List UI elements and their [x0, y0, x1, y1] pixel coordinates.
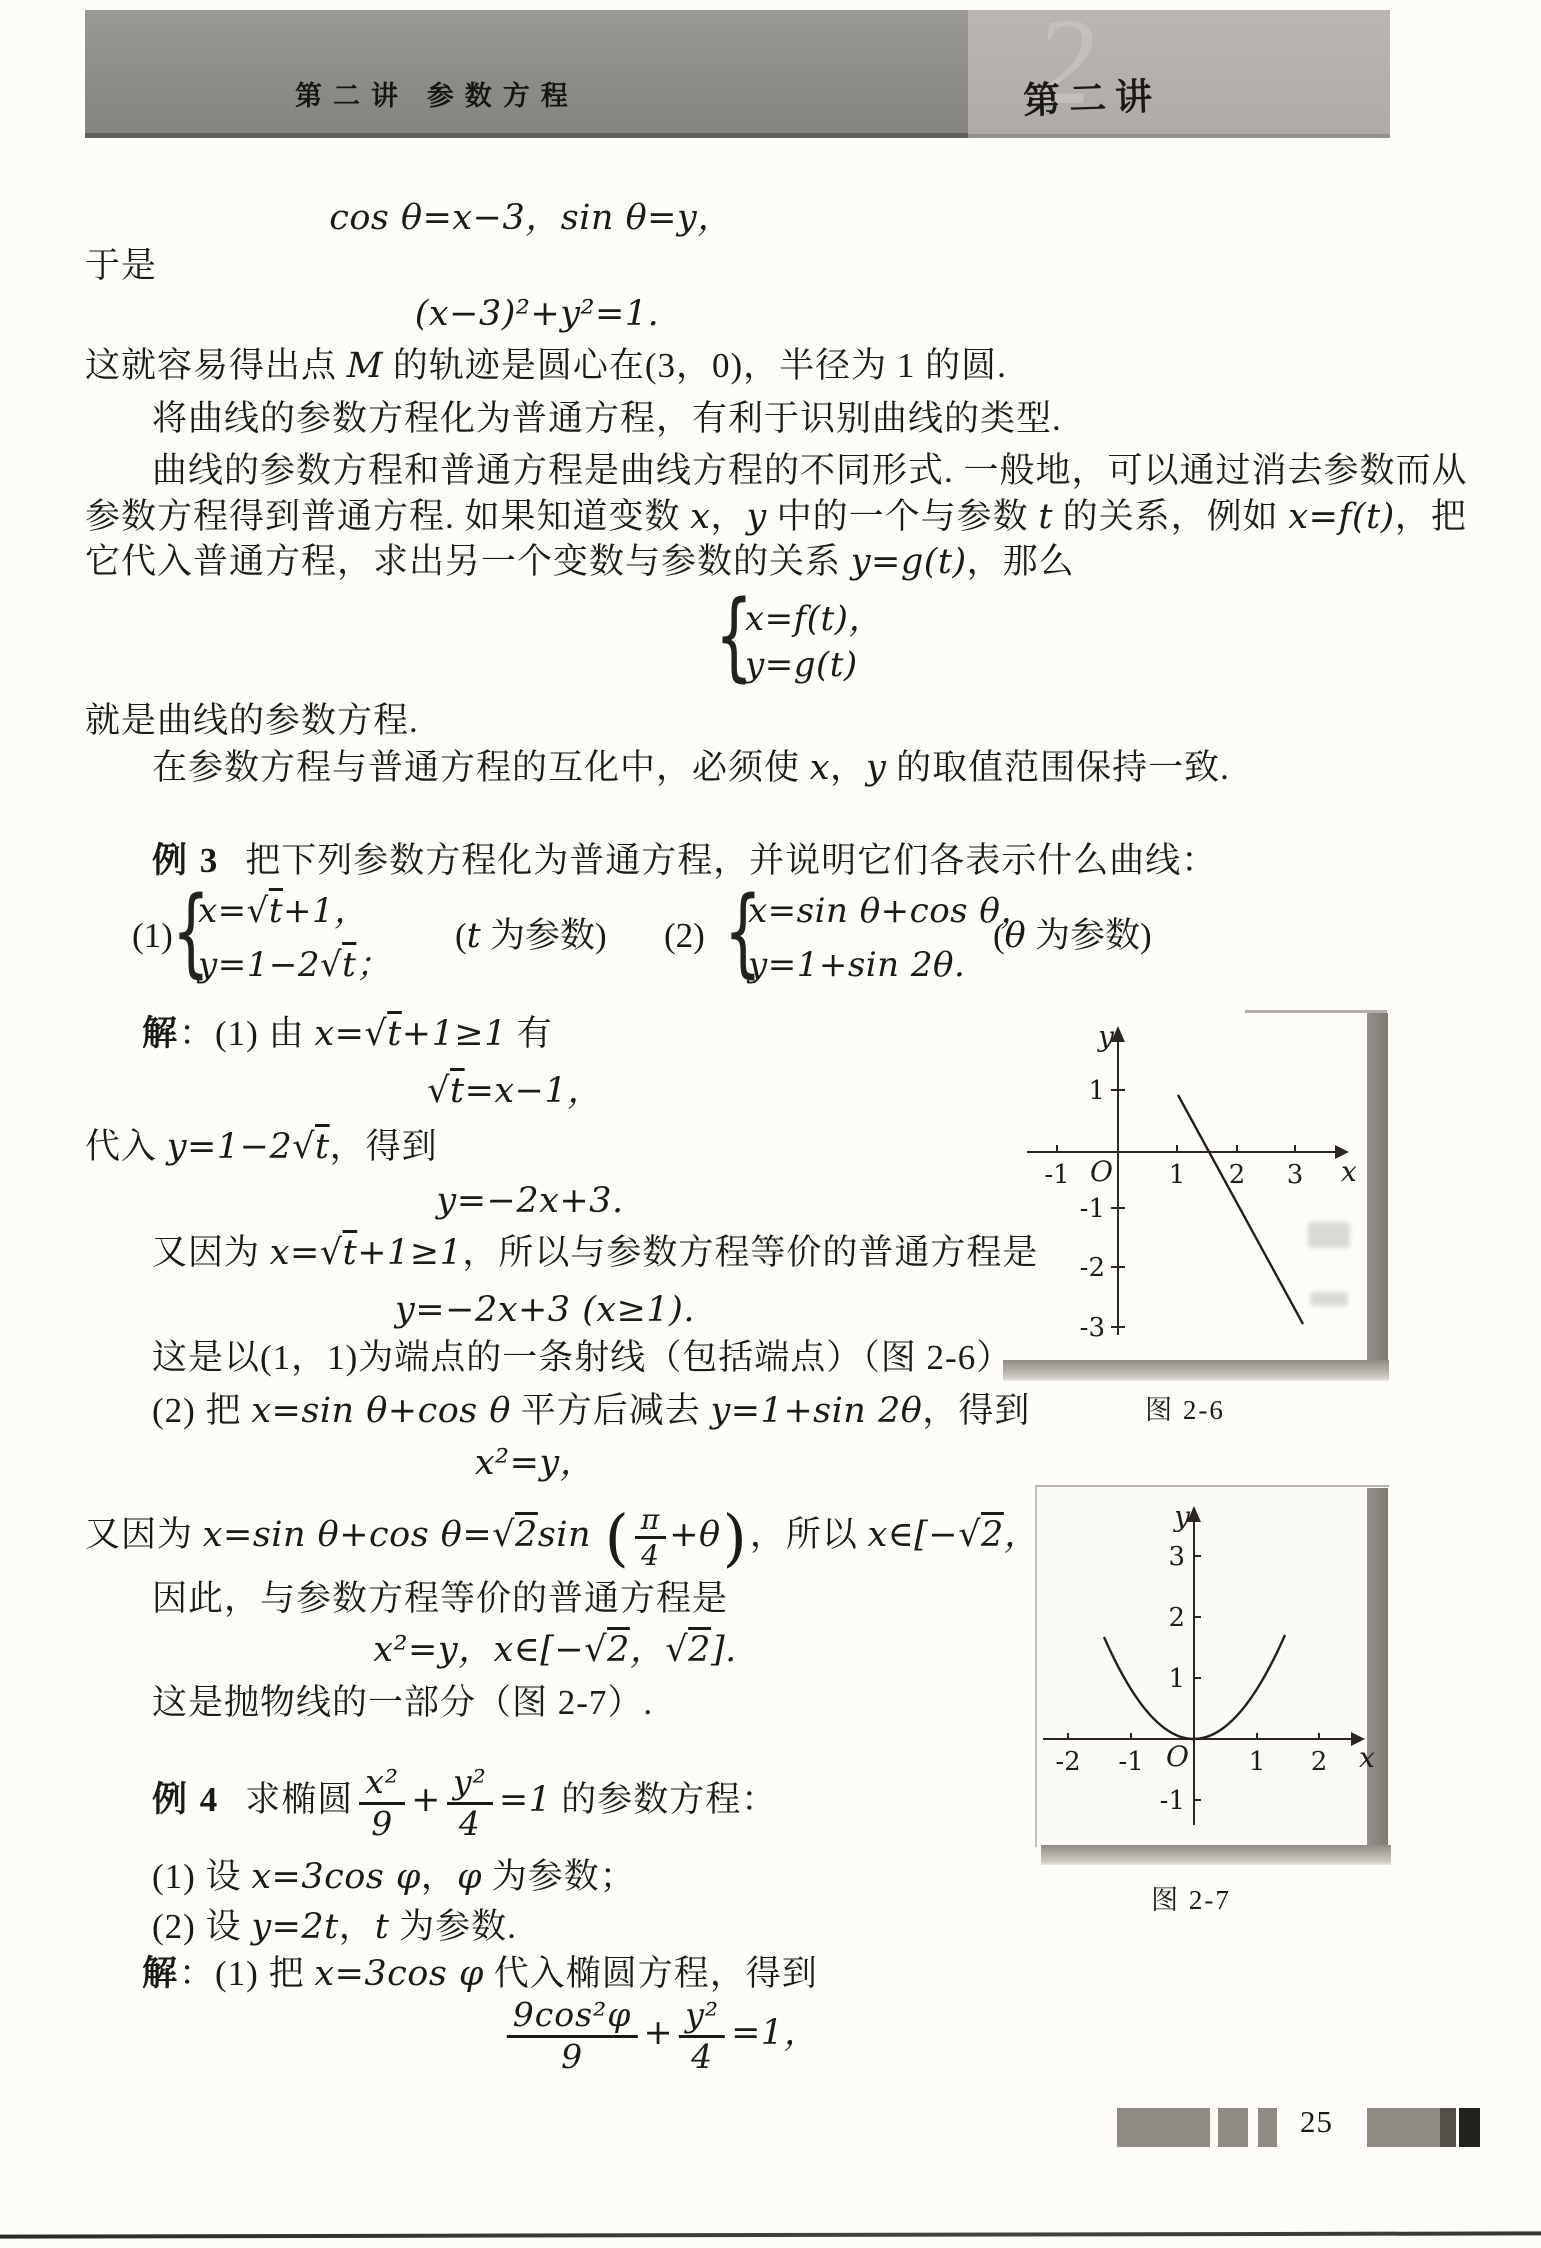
y-tick-label: -1 [1080, 1194, 1105, 1224]
para-forms-1: 曲线的参数方程和普通方程是曲线方程的不同形式. 一般地，可以通过消去参数而从 [152, 450, 1468, 492]
footer-deco-square-black [1459, 2108, 1480, 2147]
chapter-tab-calligraphy: 第二讲 [1022, 66, 1162, 125]
footer-deco-square-dark [1440, 2108, 1456, 2147]
footer-deco-square [1218, 2108, 1248, 2147]
example4-heading: 例 4求椭圆x²9+y²4=1 的参数方程： [152, 1765, 777, 1841]
x-tick-label: 1 [1169, 1160, 1186, 1190]
x-tick-label: 1 [1249, 1747, 1266, 1777]
x-tick-label: 2 [1311, 1747, 1328, 1777]
param1-note: (t 为参数) [455, 918, 607, 954]
y-tick-label: 1 [1168, 1664, 1185, 1694]
y-tick-label: 2 [1168, 1603, 1185, 1633]
item1-number: (1) [132, 918, 173, 953]
para-forms-2: 参数方程得到普通方程. 如果知道变数 x，y 中的一个与参数 t 的关系，例如 … [85, 496, 1467, 538]
system2-row2: y=1+sin 2θ. [748, 948, 965, 982]
example3-heading: 例 3把下列参数方程化为普通方程，并说明它们各表示什么曲线： [152, 840, 1217, 882]
y-tick-label: -2 [1080, 1253, 1105, 1283]
x-tick-label: -1 [1118, 1747, 1143, 1777]
para-yushi: 于是 [85, 245, 157, 287]
fraction-y2-4: y²4 [447, 1765, 493, 1841]
y-tick-label: -1 [1160, 1786, 1185, 1816]
card-right-shadow [1367, 1013, 1388, 1360]
solution4-line1: 解：(1) 把 x=3cos φ 代入椭圆方程，得到 [142, 1953, 818, 1995]
example4-label: 例 4 [152, 1780, 219, 1819]
para-because-1: 又因为 x=√t+1≥1，所以与参数方程等价的普通方程是 [152, 1232, 1038, 1274]
equation-ellipse-sub: 9cos²φ9+y²4=1， [501, 1998, 819, 2074]
example3-label: 例 3 [152, 841, 219, 880]
y-tick-label: 3 [1168, 1542, 1185, 1572]
para-substitute: 代入 y=1−2√t，得到 [85, 1126, 438, 1168]
plot-2-6: -1 1 2 3 1 -1 -2 -3 y x O [1005, 1000, 1365, 1345]
jie-label: 解 [142, 1954, 179, 1993]
equation-sqrt-t: √t=x−1， [427, 1070, 603, 1112]
plot-2-7: -2 -1 1 2 3 2 1 -1 y x O [1035, 1480, 1390, 1865]
para-range-consistent: 在参数方程与普通方程的互化中，必须使 x，y 的取值范围保持一致. [152, 747, 1230, 789]
figure-2-6: -1 1 2 3 1 -1 -2 -3 y x O 图 2-6 [1003, 995, 1395, 1425]
equation-circle: (x−3)²+y²=1. [415, 293, 660, 335]
running-head-title: 第二讲 参数方程 [295, 74, 579, 113]
fraction-x2-9: x²9 [359, 1765, 405, 1841]
item2-number: (2) [664, 918, 705, 953]
x-tick-label: -2 [1055, 1747, 1080, 1777]
para-part2-start: (2) 把 x=sin θ+cos θ 平方后减去 y=1+sin 2θ，得到 [152, 1390, 1030, 1432]
system1-row1: x=√t+1， [198, 894, 369, 928]
para-parabola-part: 这是抛物线的一部分（图 2-7）. [152, 1682, 653, 1724]
para-convert-benefit: 将曲线的参数方程化为普通方程，有利于识别曲线的类型. [152, 398, 1062, 440]
page-bottom-scan-edge [0, 2231, 1541, 2238]
equation-ray: y=−2x+3 (x≥1). [395, 1289, 695, 1331]
jie-label: 解 [142, 1014, 179, 1053]
param2-note: (θ 为参数) [993, 918, 1152, 954]
equation-line: y=−2x+3. [436, 1180, 623, 1222]
big-right-paren: ) [723, 1501, 748, 1574]
figure-2-7: -2 -1 1 2 3 2 1 -1 y x O 图 2-7 [1033, 1483, 1395, 1908]
equation-parabola-domain: x²=y，x∈[−√2，√2]. [373, 1629, 736, 1671]
y-tick-label: 1 [1088, 1076, 1105, 1106]
example3-systems: (1) { x=√t+1， y=1−2√t； (t 为参数) (2) { x=s… [130, 884, 1250, 996]
origin-label: O [1166, 1740, 1189, 1773]
example4-item1: (1) 设 x=3cos φ，φ 为参数； [152, 1856, 636, 1898]
x-tick-label: 3 [1287, 1160, 1304, 1190]
system2-row1: x=sin θ+cos θ， [748, 894, 1035, 928]
para-because-2: 又因为 x=sin θ+cos θ=√2sin (π4+θ)，所以 x∈[−√2… [85, 1505, 1111, 1571]
equation-cos-sin: cos θ=x−3，sin θ=y， [329, 197, 733, 239]
para-is-parametric: 就是曲线的参数方程. [85, 700, 419, 742]
figure-2-7-caption: 图 2-7 [1151, 1878, 1231, 1917]
textbook-page: 2 第二讲 参数方程 第二讲 cos θ=x−3，sin θ=y， 于是 (x−… [0, 0, 1541, 2248]
fraction-y2-4: y²4 [679, 1998, 725, 2074]
y-tick-label: -3 [1080, 1313, 1105, 1343]
x-axis-label: x [1359, 1741, 1375, 1774]
figure-2-6-caption: 图 2-6 [1145, 1388, 1225, 1427]
y-axis-label: y [1096, 1020, 1115, 1053]
origin-label: O [1090, 1155, 1113, 1188]
footer-deco-bar [1367, 2108, 1440, 2147]
fraction-9cos2-9: 9cos²φ9 [507, 1998, 638, 2074]
para-locus: 这就容易得出点 M 的轨迹是圆心在(3，0)，半径为 1 的圆. [85, 345, 1007, 387]
solution3-line1: 解：(1) 由 x=√t+1≥1 有 [142, 1013, 553, 1055]
x-axis-label: x [1341, 1155, 1357, 1188]
fraction-pi-4: π4 [635, 1505, 666, 1571]
chapter-banner: 2 第二讲 参数方程 第二讲 [85, 10, 1390, 138]
example4-item2: (2) 设 y=2t，t 为参数. [152, 1906, 517, 1948]
x-tick-label: -1 [1044, 1160, 1069, 1190]
big-left-paren: ( [605, 1501, 630, 1574]
page-number: 25 [1300, 2104, 1333, 2140]
card-bottom-shadow [1003, 1360, 1389, 1381]
y-axis-label: y [1172, 1500, 1191, 1533]
para-forms-3: 它代入普通方程，求出另一个变数与参数的关系 y=g(t)，那么 [85, 541, 1075, 583]
x-tick-label: 2 [1229, 1160, 1246, 1190]
para-therefore: 因此，与参数方程等价的普通方程是 [152, 1578, 728, 1620]
para-ray-description: 这是以(1，1)为端点的一条射线（包括端点）（图 2-6）. [152, 1337, 1022, 1379]
system1-row2: y=1−2√t； [198, 948, 391, 982]
system-general-parametric: { x=f(t)， y=g(t) [715, 588, 885, 688]
footer-deco-bar [1117, 2108, 1210, 2147]
ray-y-eq-minus2x-plus3 [1178, 1095, 1303, 1324]
footer-deco-square [1258, 2108, 1277, 2147]
equation-x2-y: x²=y， [475, 1442, 595, 1484]
